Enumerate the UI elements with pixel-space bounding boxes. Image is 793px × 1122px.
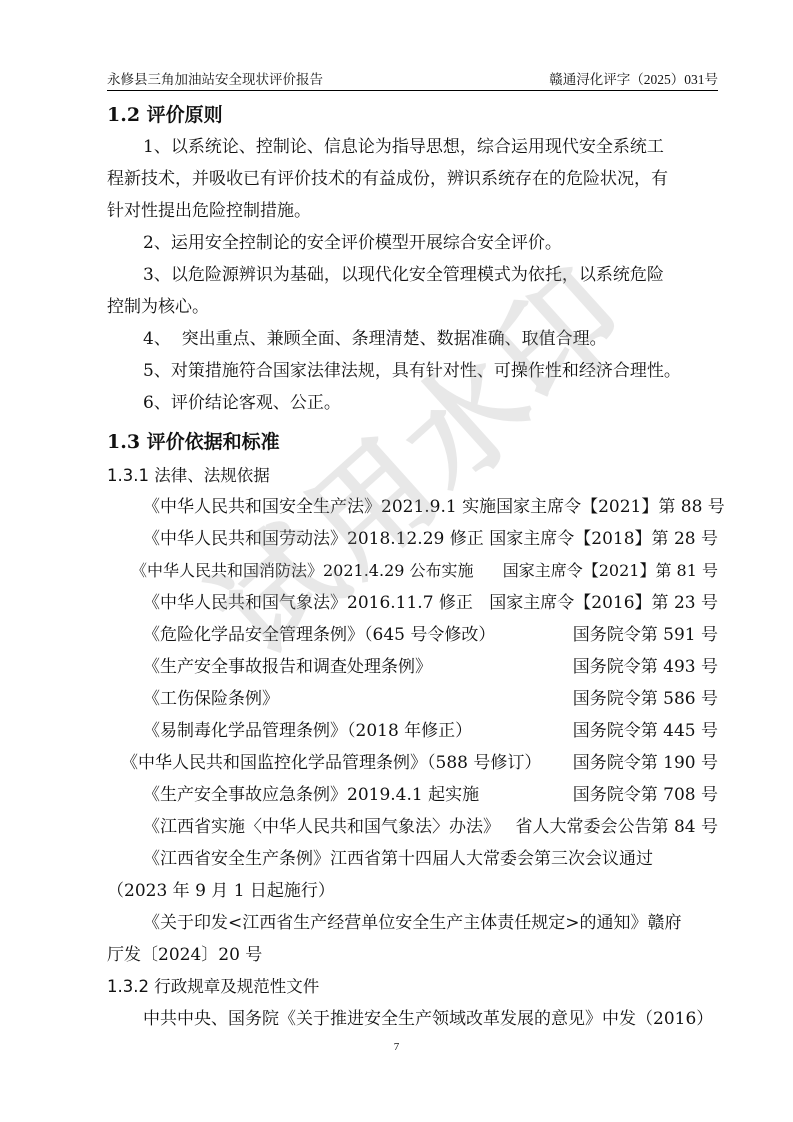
principle-4: 4、 突出重点、兼顾全面、条理清楚、数据准确、取值合理。 xyxy=(107,328,718,350)
principle-2: 2、运用安全控制论的安全评价模型开展综合安全评价。 xyxy=(107,232,718,254)
header-report-title: 永修县三角加油站安全现状评价报告 xyxy=(107,68,323,88)
law-ref-row: 《生产安全事故应急条例》2019.4.1 起实施 国务院令第 708 号 xyxy=(107,784,718,806)
jx-notice-line-1: 《关于印发<江西省生产经营单位安全生产主体责任规定>的通知》赣府 xyxy=(107,912,718,934)
law-ref-number: 国务院令第 586 号 xyxy=(573,688,718,710)
document-page: 永修县三角加油站安全现状评价报告 赣通浔化评字（2025）031号 1.2 评价… xyxy=(0,0,793,1122)
law-name: 《生产安全事故报告和调查处理条例》 xyxy=(143,656,432,678)
header-document-number: 赣通浔化评字（2025）031号 xyxy=(549,68,718,88)
law-name: 《危险化学品安全管理条例》（645 号令修改） xyxy=(143,624,495,646)
law-ref-row: 《江西省实施〈中华人民共和国气象法〉办法》 省人大常委会公告第 84 号 xyxy=(107,816,718,838)
page-number: 7 xyxy=(0,1041,793,1053)
principle-1-line-2: 程新技术，并吸收已有评价技术的有益成份，辨识系统存在的危险状况，有 xyxy=(107,168,718,190)
law-ref-number: 国家主席令【2021】第 88 号 xyxy=(496,496,725,518)
section-heading-1-3: 1.3 评价依据和标准 xyxy=(107,431,718,453)
law-ref-row: 《工伤保险条例》 国务院令第 586 号 xyxy=(107,688,718,710)
law-ref-number: 国务院令第 190 号 xyxy=(573,752,718,774)
principle-1-line-3: 针对性提出危险控制措施。 xyxy=(107,200,718,222)
subsection-heading-1-3-1: 1.3.1 法律、法规依据 xyxy=(107,465,718,487)
subsection-heading-1-3-2: 1.3.2 行政规章及规范性文件 xyxy=(107,976,718,998)
section-heading-1-2: 1.2 评价原则 xyxy=(107,104,718,126)
page-header: 永修县三角加油站安全现状评价报告 赣通浔化评字（2025）031号 xyxy=(107,66,718,91)
law-name: 《中华人民共和国劳动法》2018.12.29 修正 xyxy=(143,528,484,550)
law-ref-number: 国务院令第 708 号 xyxy=(573,784,718,806)
trial-watermark: 试用水印 xyxy=(170,223,660,688)
jx-notice-line-2: 厅发〔2024〕20 号 xyxy=(107,944,718,966)
law-ref-number: 国务院令第 591 号 xyxy=(573,624,718,646)
law-name: 《中华人民共和国气象法》2016.11.7 修正 xyxy=(143,592,473,614)
law-name: 《生产安全事故应急条例》2019.4.1 起实施 xyxy=(143,784,479,806)
principle-3-line-2: 控制为核心。 xyxy=(107,296,718,318)
principle-5: 5、对策措施符合国家法律法规，具有针对性、可操作性和经济合理性。 xyxy=(107,360,718,382)
law-ref-number: 省人大常委会公告第 84 号 xyxy=(516,816,718,838)
law-ref-row: 《中华人民共和国气象法》2016.11.7 修正 国家主席令【2016】第 23… xyxy=(107,592,718,614)
law-ref-row: 《中华人民共和国消防法》2021.4.29 公布实施 国家主席令【2021】第 … xyxy=(107,560,718,582)
law-ref-row: 《中华人民共和国安全生产法》2021.9.1 实施 国家主席令【2021】第 8… xyxy=(107,496,718,518)
law-ref-row: 《中华人民共和国监控化学品管理条例》（588 号修订） 国务院令第 190 号 xyxy=(107,752,718,774)
law-name: 《中华人民共和国监控化学品管理条例》（588 号修订） xyxy=(121,752,541,774)
admin-reg-line-1: 中共中央、国务院《关于推进安全生产领域改革发展的意见》中发（2016） xyxy=(107,1008,718,1030)
law-name: 《中华人民共和国消防法》2021.4.29 公布实施 xyxy=(131,560,474,582)
law-ref-row: 《危险化学品安全管理条例》（645 号令修改） 国务院令第 591 号 xyxy=(107,624,718,646)
law-name: 《中华人民共和国安全生产法》2021.9.1 实施 xyxy=(143,496,496,518)
law-ref-row: 《生产安全事故报告和调查处理条例》 国务院令第 493 号 xyxy=(107,656,718,678)
law-ref-row: 《中华人民共和国劳动法》2018.12.29 修正 国家主席令【2018】第 2… xyxy=(107,528,718,550)
principle-1-line-1: 1、以系统论、控制论、信息论为指导思想，综合运用现代安全系统工 xyxy=(107,136,718,158)
law-ref-number: 国家主席令【2021】第 81 号 xyxy=(503,560,718,582)
law-ref-number: 国家主席令【2016】第 23 号 xyxy=(489,592,718,614)
law-ref-number: 国家主席令【2018】第 28 号 xyxy=(489,528,718,550)
law-ref-row: 《易制毒化学品管理条例》（2018 年修正） 国务院令第 445 号 xyxy=(107,720,718,742)
law-name: 《江西省实施〈中华人民共和国气象法〉办法》 xyxy=(143,816,500,838)
law-ref-number: 国务院令第 445 号 xyxy=(573,720,718,742)
law-name: 《工伤保险条例》 xyxy=(143,688,279,710)
law-ref-number: 国务院令第 493 号 xyxy=(573,656,718,678)
principle-3-line-1: 3、以危险源辨识为基础，以现代化安全管理模式为依托，以系统危险 xyxy=(107,264,718,286)
jx-safety-regulation-line-2: （2023 年 9 月 1 日起施行） xyxy=(107,880,718,902)
principle-6: 6、评价结论客观、公正。 xyxy=(107,392,718,414)
jx-safety-regulation-line-1: 《江西省安全生产条例》江西省第十四届人大常委会第三次会议通过 xyxy=(107,848,718,870)
law-name: 《易制毒化学品管理条例》（2018 年修正） xyxy=(143,720,472,742)
